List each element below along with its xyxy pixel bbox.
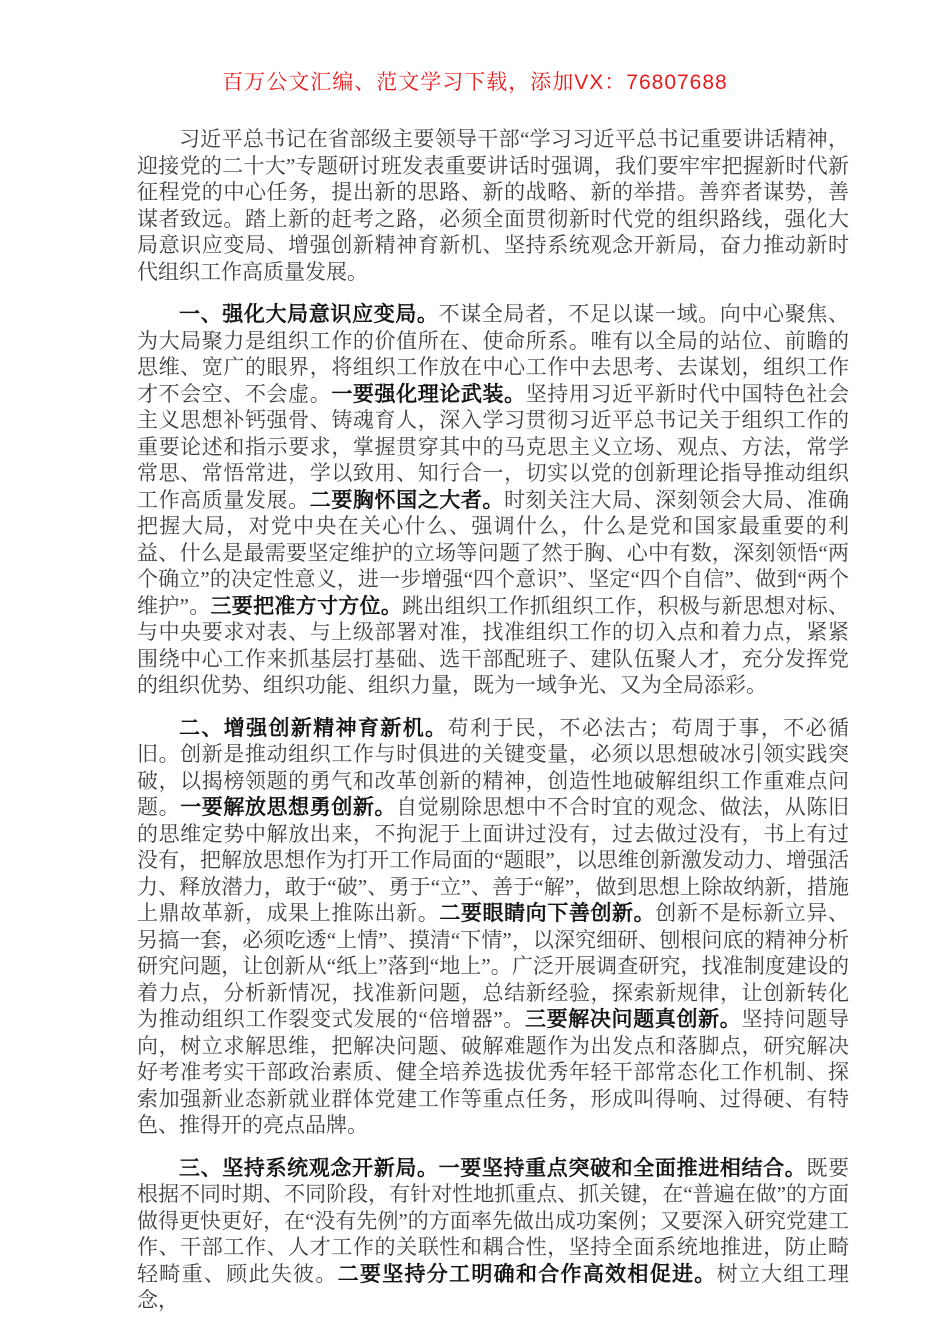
bold-heading-run: 一要解放思想勇创新。 xyxy=(180,795,396,819)
bold-heading-run: 二要胸怀国之大者。 xyxy=(310,488,504,512)
bold-heading-run: 一要强化理论武装。 xyxy=(331,382,525,406)
document-page: 百万公文汇编、范文学习下载，添加VX：76807688 习近平总书记在省部级主要… xyxy=(0,0,950,1344)
promo-banner-text: 百万公文汇编、范文学习下载，添加VX：76807688 xyxy=(0,66,950,96)
bold-heading-run: 三要解决问题真创新。 xyxy=(525,1007,741,1031)
bold-heading-run: 一、强化大局意识应变局。 xyxy=(179,302,439,326)
section-2-paragraph: 二、增强创新精神育新机。苟利于民，不必法古；苟周于事，不必循旧。创新是推动组织工… xyxy=(137,715,849,1139)
bold-heading-run: 二、增强创新精神育新机。 xyxy=(179,716,448,740)
bold-heading-run: 二要坚持分工明确和合作高效相促进。 xyxy=(338,1262,717,1286)
bold-heading-run: 三要把准方寸方位。 xyxy=(211,594,403,618)
intro-paragraph: 习近平总书记在省部级主要领导干部“学习习近平总书记重要讲话精神，迎接党的二十大”… xyxy=(137,126,849,285)
bold-heading-run: 三、坚持系统观念开新局。一要坚持重点突破和全面推进相结合。 xyxy=(179,1156,806,1180)
section-1-paragraph: 一、强化大局意识应变局。不谋全局者，不足以谋一域。向中心聚焦、为大局聚力是组织工… xyxy=(137,301,849,699)
document-body: 习近平总书记在省部级主要领导干部“学习习近平总书记重要讲话精神，迎接党的二十大”… xyxy=(137,126,849,1330)
bold-heading-run: 二要眼睛向下善创新。 xyxy=(439,901,655,925)
section-3-paragraph: 三、坚持系统观念开新局。一要坚持重点突破和全面推进相结合。既要根据不同时期、不同… xyxy=(137,1155,849,1314)
text-run: 习近平总书记在省部级主要领导干部“学习习近平总书记重要讲话精神，迎接党的二十大”… xyxy=(137,127,849,284)
